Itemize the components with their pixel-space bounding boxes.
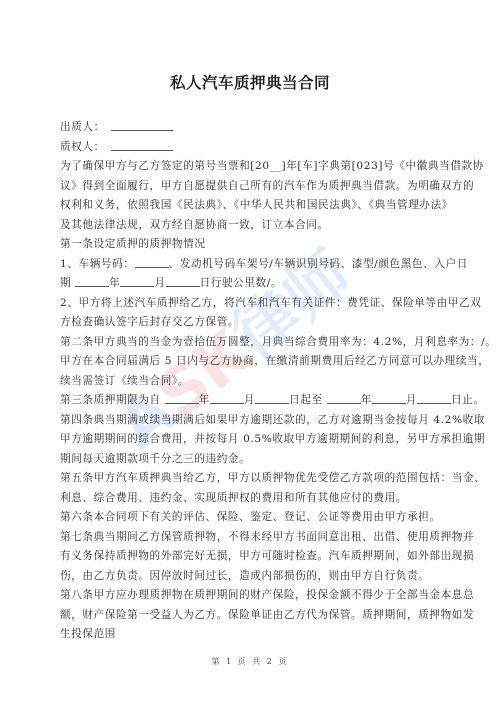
- paragraph-line: 及其他法律法规，双方经自愿协商一致，订立本合同。: [60, 216, 446, 236]
- month-blank: [120, 275, 154, 287]
- paragraph-line: 伤，由乙方负责。因停放时间过长，造成内部损伤的，则由甲方自行负责。: [60, 567, 446, 587]
- start-day-blank: [255, 392, 289, 404]
- end-year-blank: [327, 392, 361, 404]
- start-month-label: 月: [244, 394, 255, 406]
- month-label: 月: [154, 277, 165, 289]
- term-label: 第三条质押期限为自: [60, 394, 165, 406]
- document-title: 私人汽车质押典当合同: [0, 71, 500, 93]
- paragraph-line: 甲方在本合同届满后 5 日内与乙方协商，在缴清前期费用后经乙方同意可以办理续当，: [60, 352, 446, 372]
- pledgor-blank: [111, 119, 173, 131]
- paragraph-line: 第五条甲方汽车质押典当给乙方，甲方以质押物优先受偿乙方款项的范围包括：当金、: [60, 469, 446, 489]
- paragraph-line: 第四条典当期满或续当期满后如果甲方逾期还款的，乙方对逾期当金按每月 4.2%收取: [60, 411, 446, 431]
- start-year-blank: [165, 392, 199, 404]
- vehicle-info-text: 、发动机号码车架号/车辆识别号码、漆型/颜色黑色、入户日: [169, 258, 468, 270]
- paragraph-line: 第八条甲方应办理质押物在质押期间的财产保险，投保金额不得少于全部当金本息总: [60, 586, 446, 606]
- paragraph-line: 额，财产保险第一受益人为乙方。保险单证由乙方代为保管。质押期间，质押物如发: [60, 606, 446, 626]
- paragraph-line: 方检查确认签字后封存交乙方保管。: [60, 313, 446, 333]
- day-blank: [166, 275, 200, 287]
- pledge-term-line: 第三条质押期限为自 年月日起至 年月日止。: [60, 391, 446, 411]
- document-body: 出质人： 质权人： 为了确保甲方与乙方签定的第号当票和[20__]年[车]字典第…: [60, 118, 446, 645]
- pledgor-label: 出质人：: [60, 121, 105, 133]
- paragraph-line: 期间每天逾期款项千分之三的违约金。: [60, 450, 446, 470]
- vehicle-number-blank: [135, 256, 169, 268]
- paragraph-line: 生投保范围: [60, 625, 446, 645]
- start-year-label: 年: [199, 394, 210, 406]
- registration-date-line: 期 年月日行驶公里数/。: [60, 274, 446, 294]
- end-year-label: 年: [361, 394, 372, 406]
- year-label: 年: [109, 277, 120, 289]
- paragraph-line: 第七条典当期间乙方保管质押物，不得未经甲方书面同意出租、出借、使用质押物并: [60, 528, 446, 548]
- article-heading: 第一条设定质押的质押物情况: [60, 235, 446, 255]
- end-month-label: 月: [406, 394, 417, 406]
- pledgee-blank: [111, 139, 173, 151]
- page-number: 第 1 页 共 2 页: [0, 656, 500, 667]
- end-day-blank: [417, 392, 451, 404]
- paragraph-line: 为了确保甲方与乙方签定的第号当票和[20__]年[车]字典第[023]号《中徽典…: [60, 157, 446, 177]
- end-month-blank: [372, 392, 406, 404]
- document-page: ASK律师 私人汽车质押典当合同 出质人： 质权人： 为了确保甲方与乙方签定的第…: [0, 0, 500, 706]
- paragraph-line: 议》得到全面履行，甲方自愿提供自己所有的汽车作为质押典当借款。为明确双方的: [60, 177, 446, 197]
- start-day-label: 日起至: [289, 394, 327, 406]
- mileage-text: 日行驶公里数/。: [200, 277, 283, 289]
- paragraph-line: 续当需签订《续当合同》。: [60, 372, 446, 392]
- paragraph-line: 2、甲方将上述汽车质押给乙方，将汽车和汽车有关证件：费凭证、保险单等由甲乙双: [60, 294, 446, 314]
- vehicle-number-label: 1、车辆号码：: [60, 258, 135, 270]
- date-prefix: 期: [60, 277, 75, 289]
- year-blank: [75, 275, 109, 287]
- vehicle-info-line: 1、车辆号码：、发动机号码车架号/车辆识别号码、漆型/颜色黑色、入户日: [60, 255, 446, 275]
- paragraph-line: 甲方逾期期间的综合费用，并按每月 0.5%收取甲方逾期期间的利息，另甲方承担逾期: [60, 430, 446, 450]
- paragraph-line: 第二条甲方典当的当金为壹拾伍万圆整，月典当综合费用率为：4.2%，月利息率为：/…: [60, 333, 446, 353]
- pledgor-line: 出质人：: [60, 118, 446, 138]
- pledgee-line: 质权人：: [60, 138, 446, 158]
- paragraph-line: 有义务保持质押物的外部完好无损，甲方可随时检查。汽车质押期间，如外部出现损: [60, 547, 446, 567]
- paragraph-line: 第六条本合同项下有关的评估、保险、鉴定、登记、公证等费用由甲方承担。: [60, 508, 446, 528]
- paragraph-line: 利息、综合费用、违约金、实现质押权的费用和所有其他应付的费用。: [60, 489, 446, 509]
- start-month-blank: [210, 392, 244, 404]
- end-day-label: 日止。: [451, 394, 485, 406]
- pledgee-label: 质权人：: [60, 141, 105, 153]
- paragraph-line: 权利和义务，依照我国《民法典》、《中华人民共和国民法典》、《典当管理办法》: [60, 196, 446, 216]
